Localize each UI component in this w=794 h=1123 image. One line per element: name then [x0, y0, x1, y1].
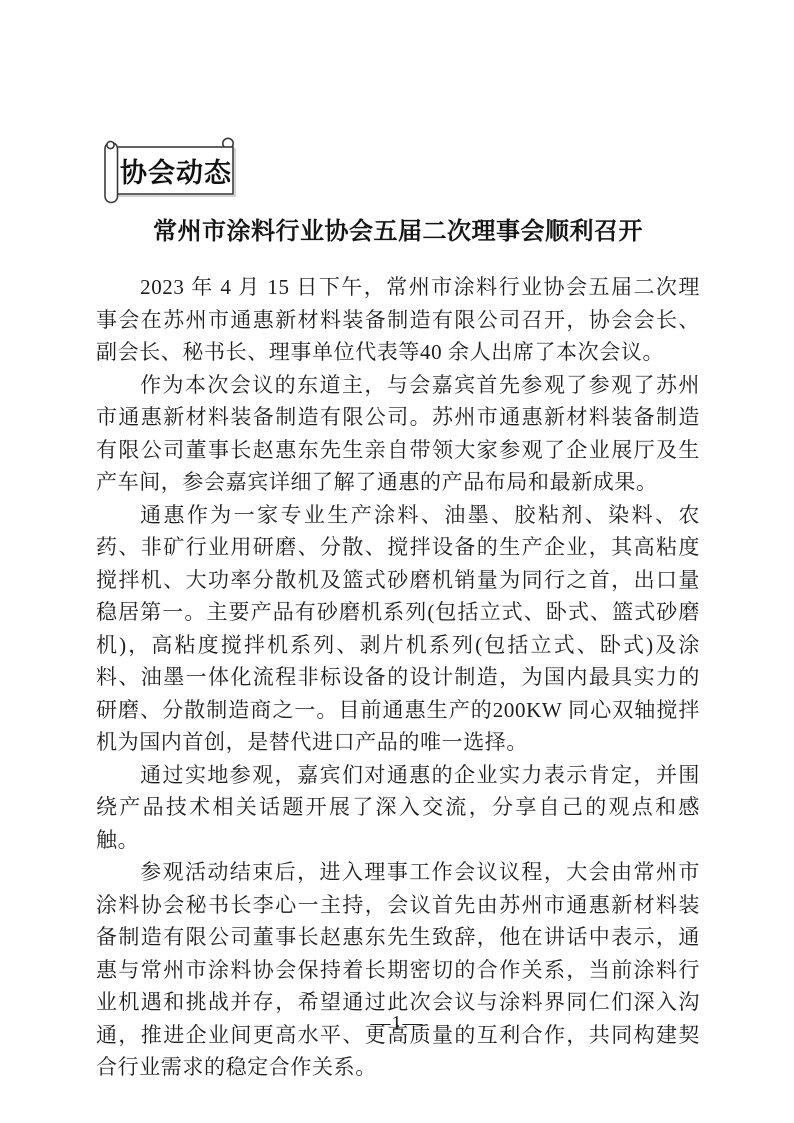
paragraph-council-meeting: 参观活动结束后，进入理事工作会议议程，大会由常州市涂料协会秘书长李心一主持，会议… [96, 856, 700, 1084]
page-number: —1— [0, 1012, 794, 1035]
paragraph-guest-feedback: 通过实地参观，嘉宾们对通惠的企业实力表示肯定，并围绕产品技术相关话题开展了深入交… [96, 759, 700, 857]
paragraph-meeting-opening: 2023 年 4 月 15 日下午，常州市涂料行业协会五届二次理事会在苏州市通惠… [96, 271, 700, 369]
association-news-banner: 协会动态 [100, 134, 242, 212]
banner-label: 协会动态 [117, 151, 235, 190]
paragraph-company-products: 通惠作为一家专业生产涂料、油墨、胶粘剂、染料、农药、非矿行业用研磨、分散、搅拌设… [96, 499, 700, 759]
document-page: 协会动态 常州市涂料行业协会五届二次理事会顺利召开 2023 年 4 月 15 … [0, 0, 794, 1123]
document-title: 常州市涂料行业协会五届二次理事会顺利召开 [96, 211, 700, 246]
paragraph-factory-visit: 作为本次会议的东道主，与会嘉宾首先参观了参观了苏州市通惠新材料装备制造有限公司。… [96, 369, 700, 499]
document-body: 2023 年 4 月 15 日下午，常州市涂料行业协会五届二次理事会在苏州市通惠… [96, 271, 700, 1084]
